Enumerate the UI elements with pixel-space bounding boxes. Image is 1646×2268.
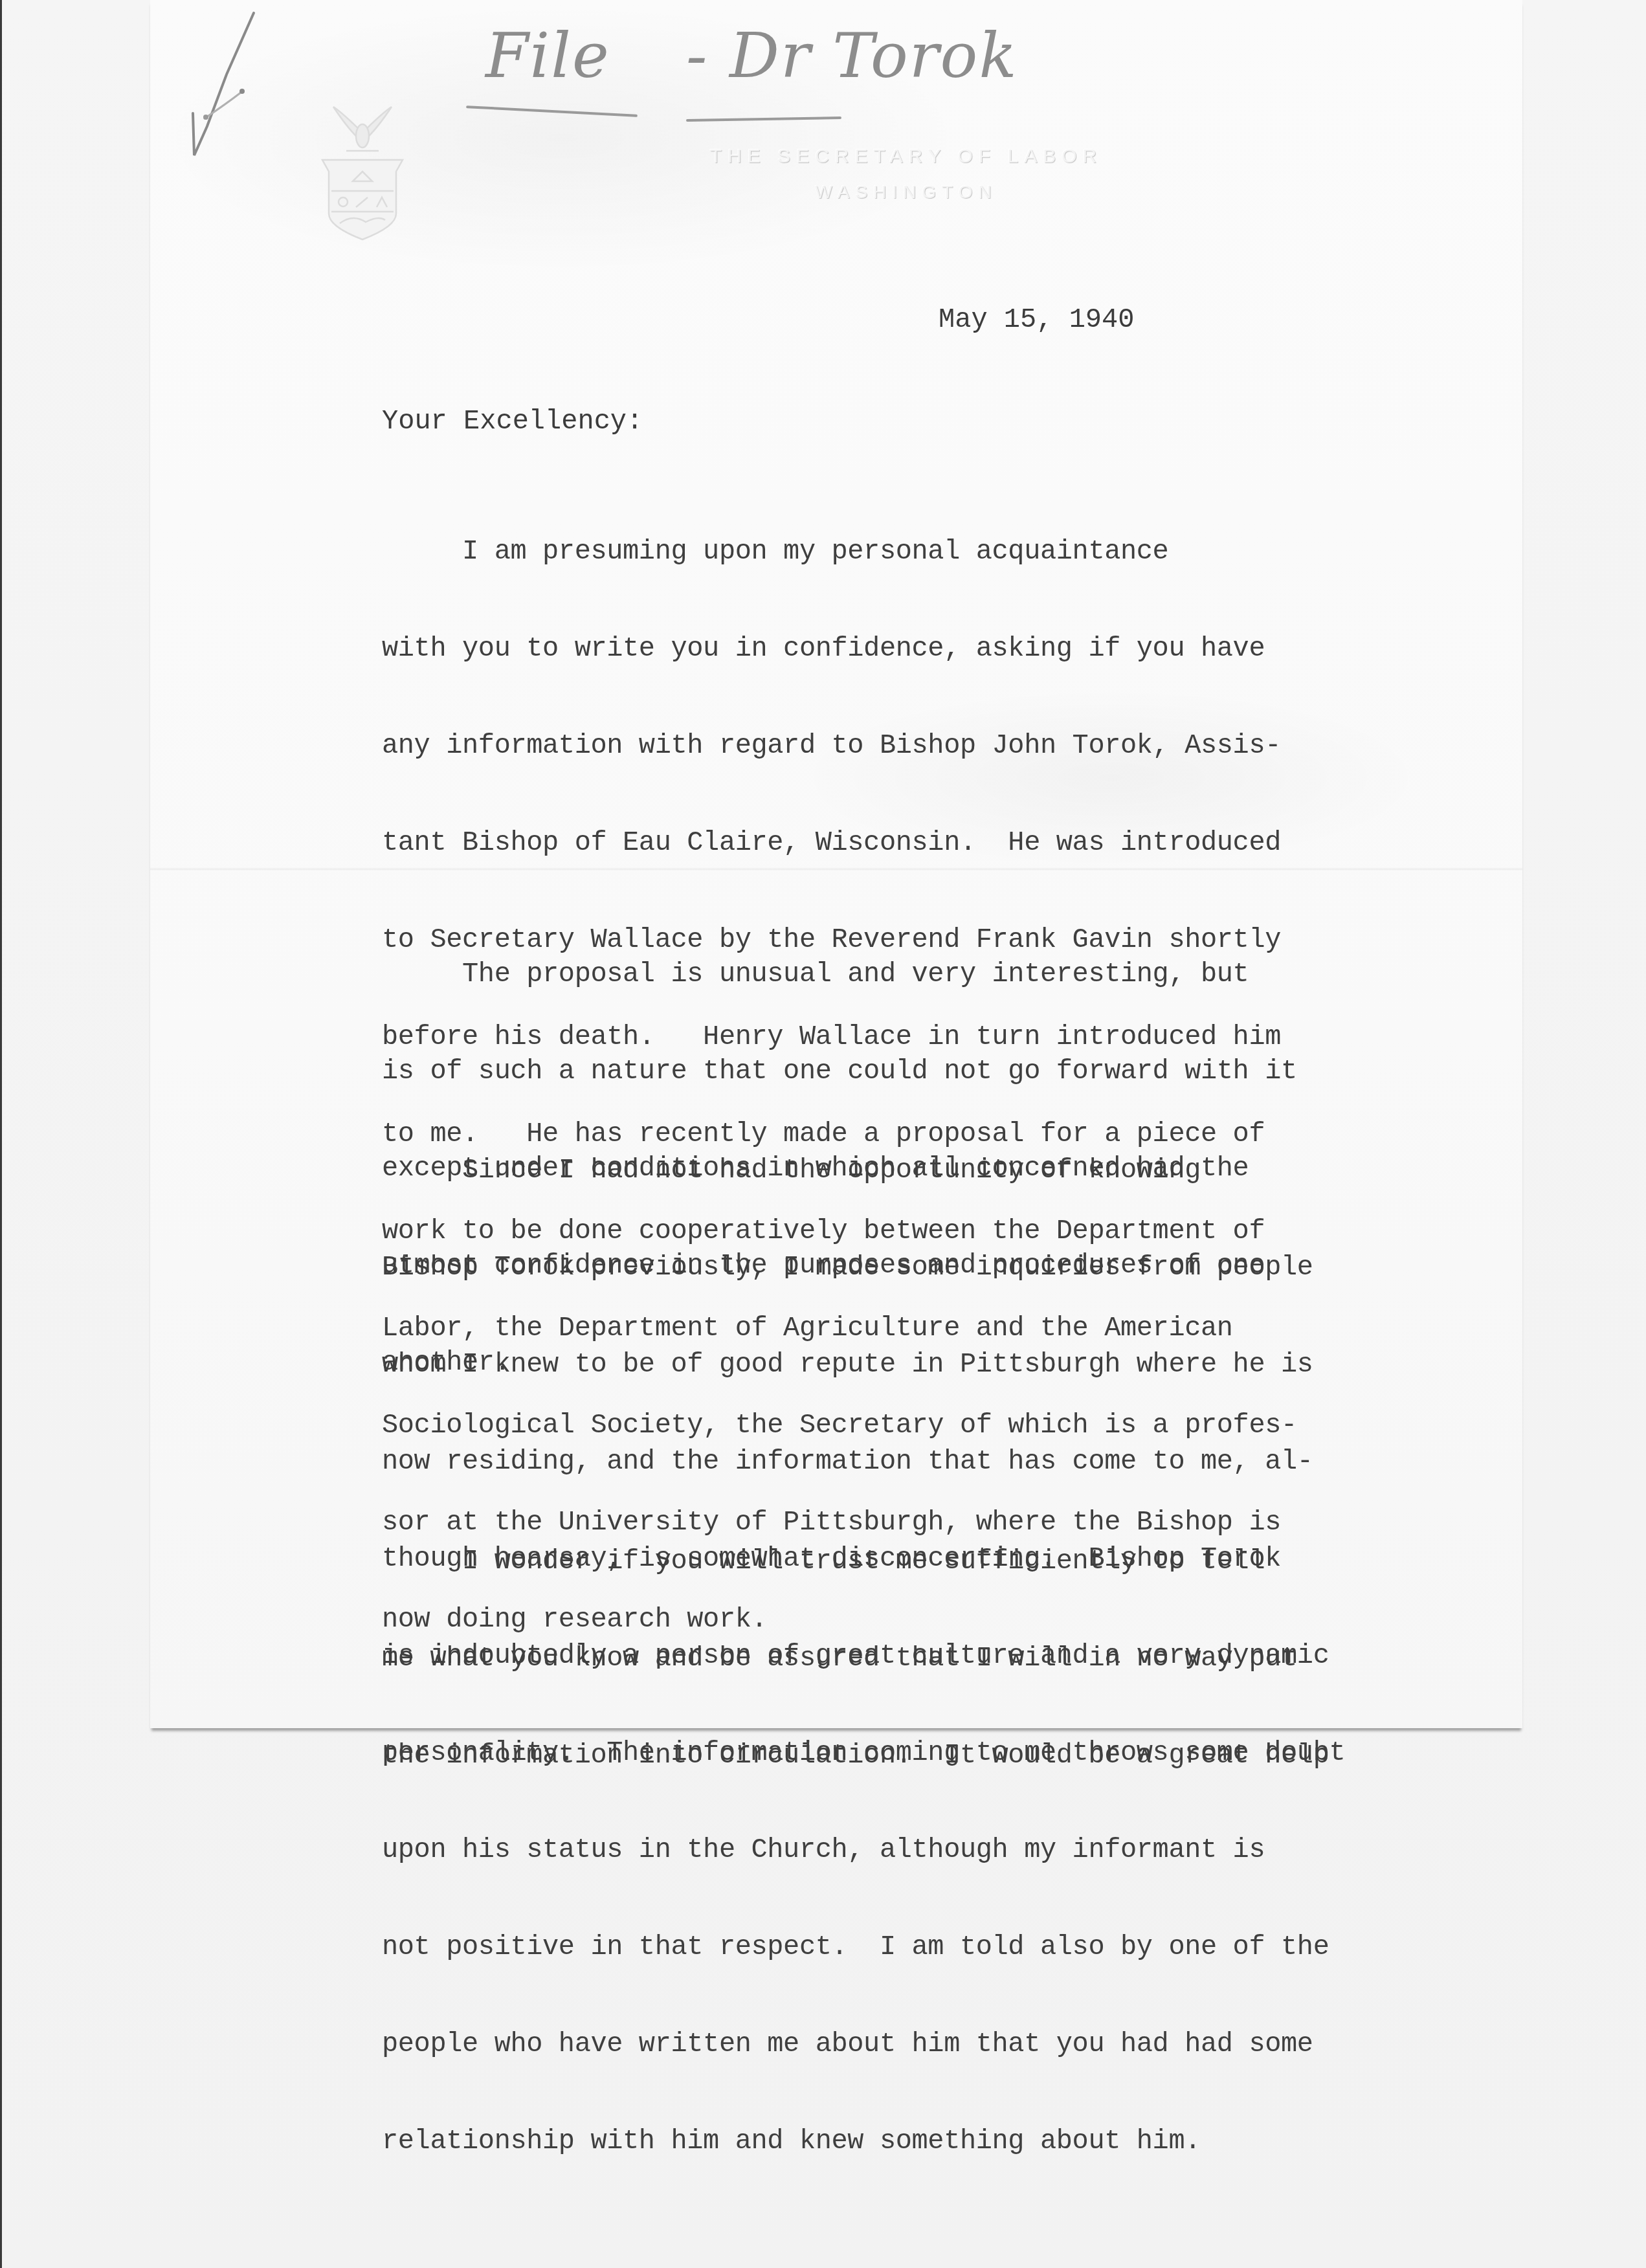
handwritten-underline [686,117,841,122]
text-line: the information into circulation. It wou… [382,1739,1329,1772]
letterhead-title: THE SECRETARY OF LABOR [647,146,1165,168]
letter-date: May 15, 1940 [939,304,1134,335]
letterhead-location: WASHINGTON [647,182,1165,203]
text-line: tant Bishop of Eau Claire, Wisconsin. He… [382,827,1297,859]
text-line: whom I knew to be of good repute in Pitt… [382,1348,1345,1381]
pencil-checkmark-icon [181,10,285,159]
text-line: is of such a nature that one could not g… [382,1055,1297,1087]
handwritten-torok-label: - Dr Torok [686,19,1018,92]
handwritten-underline [466,106,638,117]
text-line: me what you know and be assured that I w… [382,1642,1329,1674]
text-line: people who have written me about him tha… [382,2028,1345,2060]
letterhead: THE SECRETARY OF LABOR WASHINGTON [647,146,1165,203]
text-line: now residing, and the information that h… [382,1445,1345,1478]
handwritten-file-note: File - Dr Torok [466,19,971,129]
text-line: The proposal is unusual and very interes… [382,958,1297,990]
paragraph-4: I wonder if you will trust me sufficient… [382,1480,1329,1804]
text-line: Since I had not had the opportunity of k… [382,1154,1345,1186]
scanner-edge [0,0,2,2268]
handwritten-file-label: File [485,19,610,92]
text-line: Bishop Torok previously, I made some inq… [382,1251,1345,1284]
text-line: any information with regard to Bishop Jo… [382,729,1297,762]
salutation: Your Excellency: [382,406,643,437]
text-line: I am presuming upon my personal acquaint… [382,535,1297,568]
text-line: relationship with him and knew something… [382,2125,1345,2157]
text-line: with you to write you in confidence, ask… [382,632,1297,665]
department-seal-icon [317,100,408,243]
text-line: upon his status in the Church, although … [382,1834,1345,1866]
text-line: I wonder if you will trust me sufficient… [382,1545,1329,1577]
text-line: not positive in that respect. I am told … [382,1931,1345,1963]
